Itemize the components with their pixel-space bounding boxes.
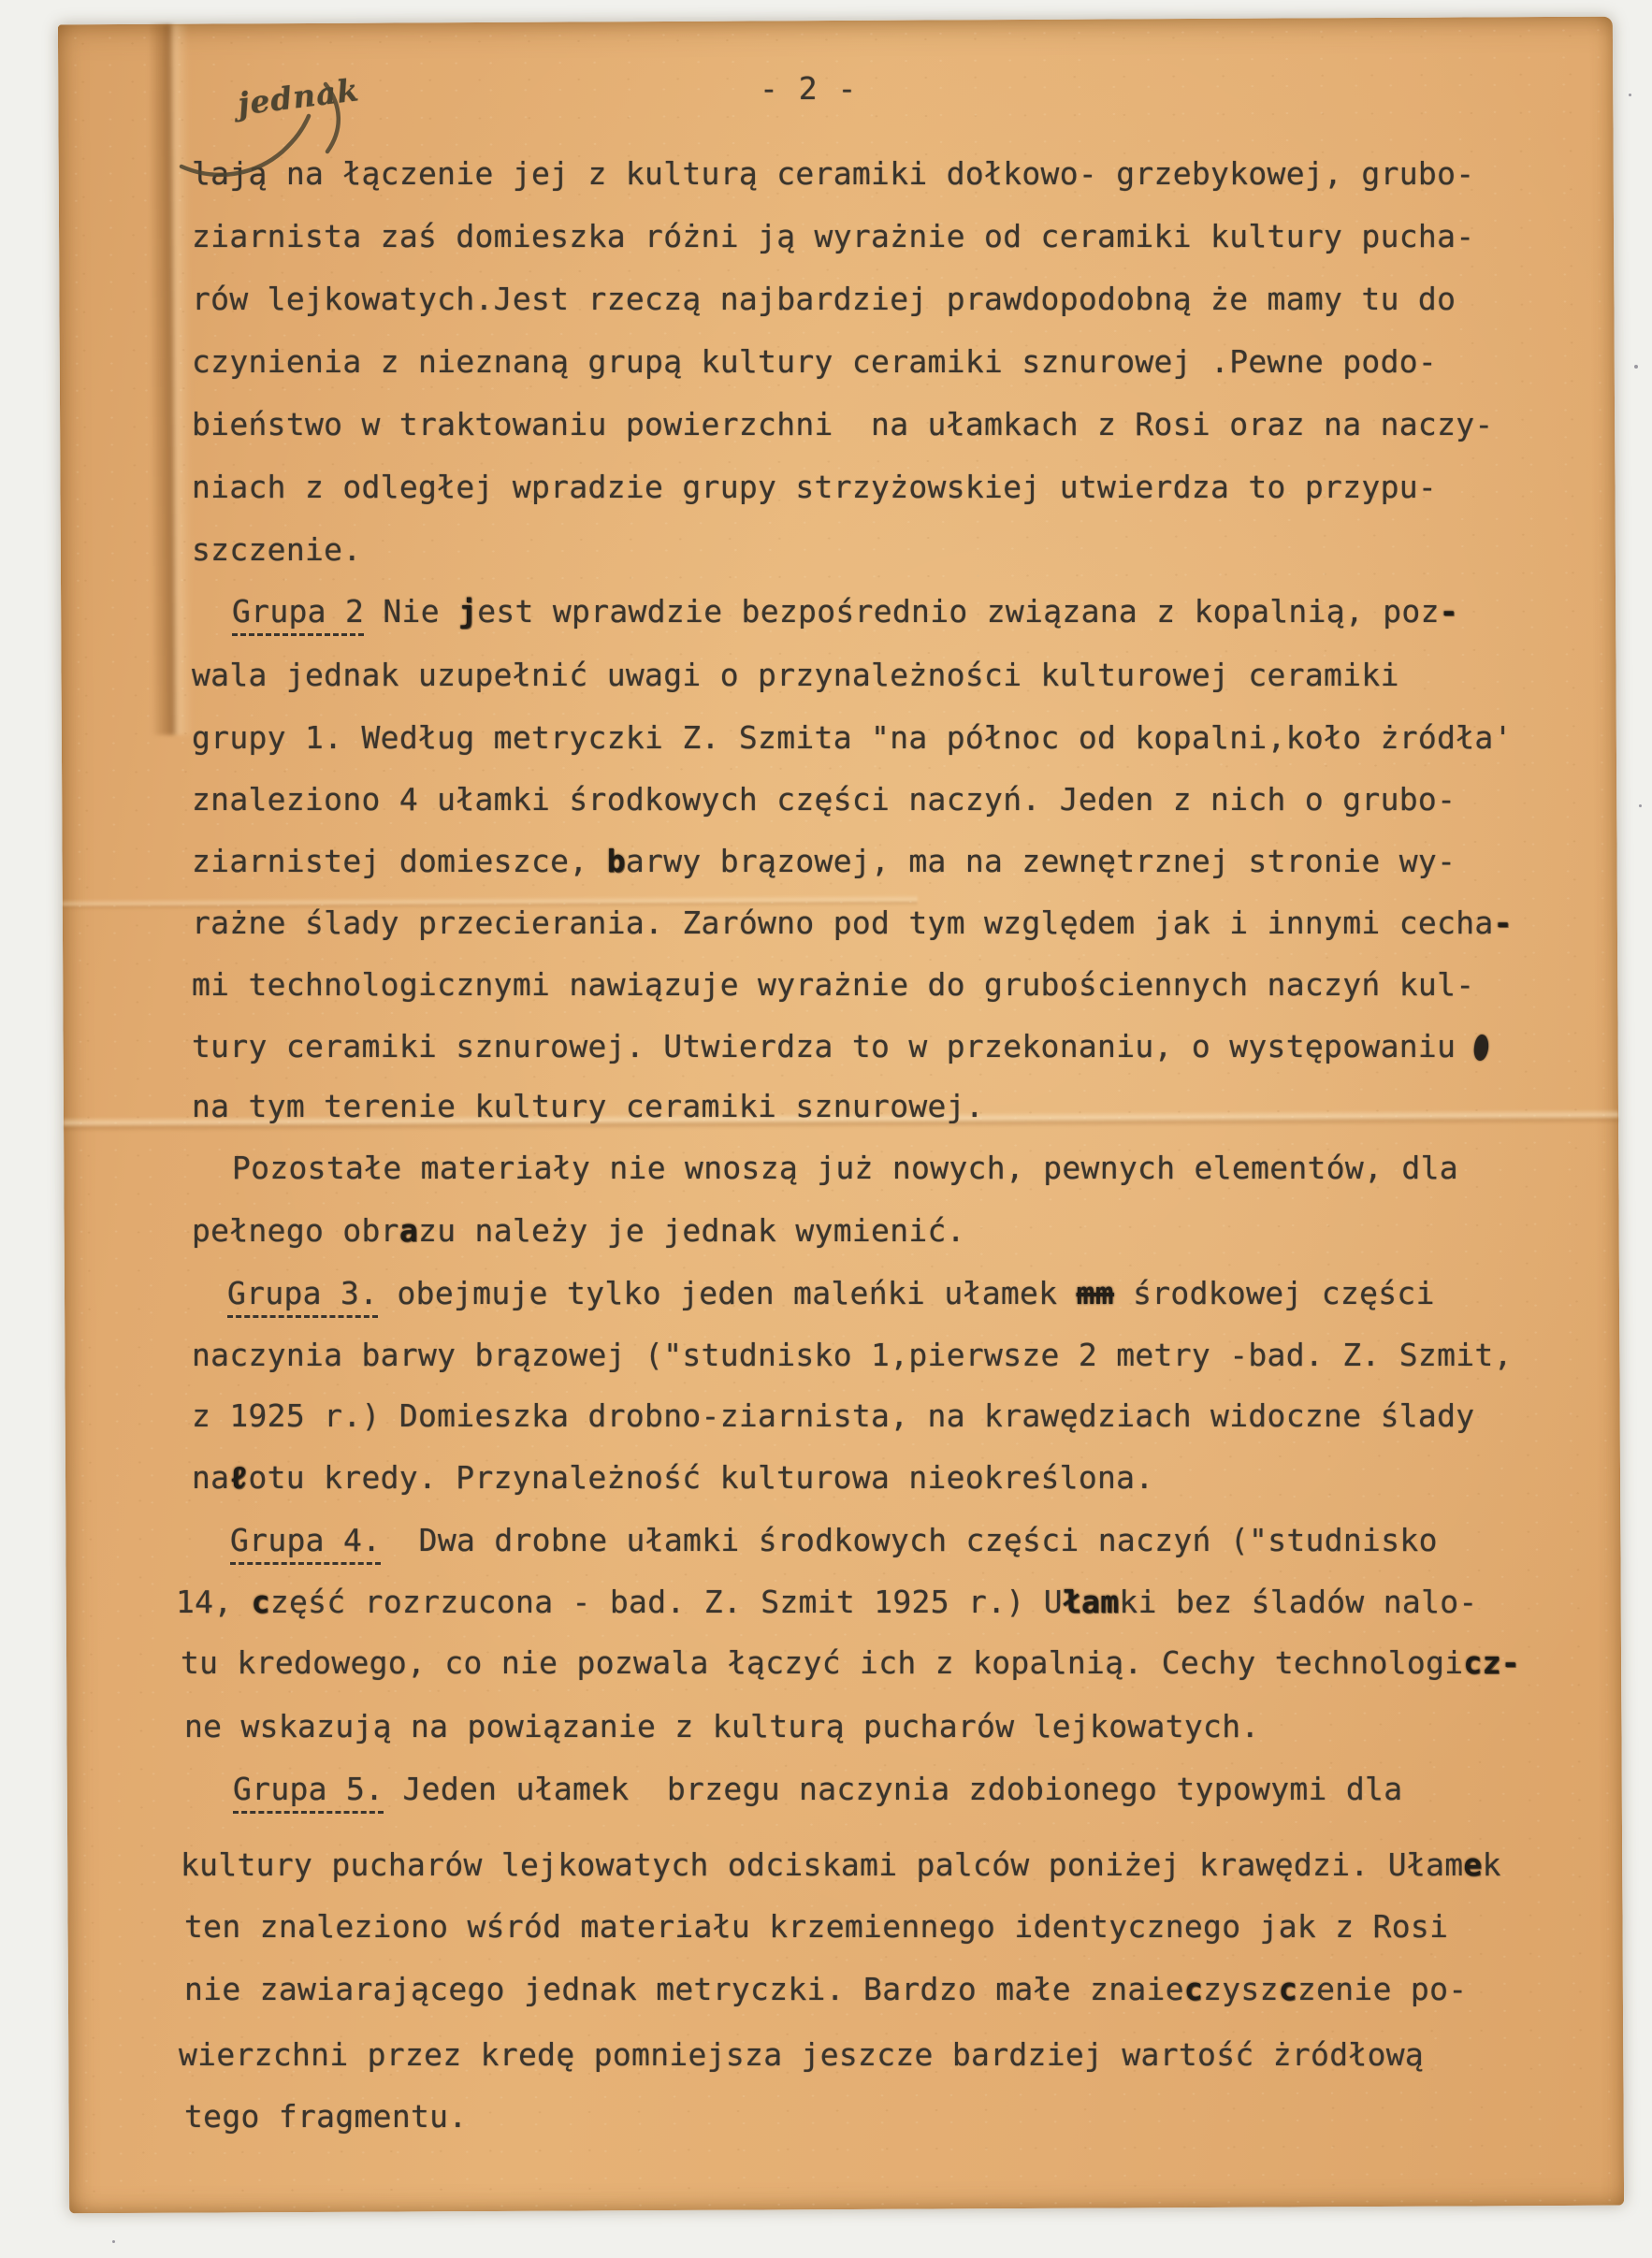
text-line: mi technologicznymi nawiązuje wyrażnie d… <box>192 969 1474 1000</box>
text-line: Pozostałe materiały nie wnoszą już nowyc… <box>232 1152 1458 1183</box>
text-segment: niach z odległej wpradzie grupy strzyżow… <box>192 469 1437 505</box>
text-segment: Dwa drobne ułamki środkowych części nacz… <box>381 1522 1437 1558</box>
text-segment: est wprawdzie bezpośrednio związana z ko… <box>477 593 1440 630</box>
scanner-background: - 2 - jednak lają na łączenie jej z kult… <box>0 0 1652 2258</box>
text-segment: c <box>1279 1971 1297 2007</box>
text-line: naℓotu kredy. Przynależność kulturowa ni… <box>192 1462 1154 1493</box>
text-line: rażne ślady przecierania. Zarówno pod ty… <box>192 907 1513 938</box>
text-segment: naczynia barwy brązowej ("studnisko 1,pi… <box>192 1337 1513 1373</box>
text-line: tury ceramiki sznurowej. Utwierdza to w … <box>192 1031 1488 1062</box>
text-line: na tym terenie kultury ceramiki sznurowe… <box>192 1091 984 1122</box>
text-segment: e <box>1463 1846 1482 1883</box>
ink-blot-icon <box>1473 1034 1491 1062</box>
text-line: kultury pucharów lejkowatych odciskami p… <box>181 1849 1501 1880</box>
text-segment: na <box>192 1459 229 1496</box>
text-segment: - <box>1440 593 1458 630</box>
text-segment: grupy 1. Według metryczki Z. Szmita "na … <box>192 719 1513 756</box>
text-line: wala jednak uzupełnić uwagi o przynależn… <box>192 659 1399 690</box>
text-segment: tury ceramiki sznurowej. Utwierdza to w … <box>192 1028 1474 1064</box>
text-segment: Jeden ułamek brzegu naczynia zdobionego … <box>384 1771 1402 1807</box>
text-segment: ℓ <box>229 1459 248 1496</box>
text-segment: j <box>458 593 477 630</box>
text-line: rów lejkowatych.Jest rzeczą najbardziej … <box>192 283 1456 314</box>
text-segment: tu kredowego, co nie pozwala łączyć ich … <box>181 1644 1463 1681</box>
text-segment: a <box>399 1212 418 1249</box>
text-segment: pełnego obr <box>192 1212 399 1249</box>
underlined-heading: Grupa 3. <box>227 1275 378 1318</box>
underlined-heading: Grupa 2 <box>232 593 364 636</box>
text-segment: k <box>1483 1846 1501 1883</box>
text-line: tu kredowego, co nie pozwala łączyć ich … <box>181 1647 1520 1678</box>
text-segment: arwy brązowej, ma na zewnętrznej stronie… <box>626 843 1456 879</box>
text-segment: rów lejkowatych.Jest rzeczą najbardziej … <box>192 281 1456 317</box>
text-segment: otu kredy. Przynależność kulturowa nieok… <box>248 1459 1153 1496</box>
text-segment: Nie <box>364 593 458 630</box>
underlined-heading: Grupa 4. <box>230 1522 381 1565</box>
text-segment: b <box>607 843 626 879</box>
text-line: 14, część rozrzucona - bad. Z. Szmit 192… <box>176 1586 1478 1617</box>
text-segment: bieństwo w traktowaniu powierzchni na uł… <box>192 406 1494 442</box>
text-segment: środkowej części <box>1114 1275 1435 1311</box>
text-line: z 1925 r.) Domieszka drobno-ziarnista, n… <box>192 1400 1474 1431</box>
text-segment: ziarnistej domieszce, <box>192 843 607 879</box>
text-segment: ten znaleziono wśród materiału krzemienn… <box>184 1908 1448 1945</box>
text-segment: kultury pucharów lejkowatych odciskami p… <box>181 1846 1463 1883</box>
text-segment: wala jednak uzupełnić uwagi o przynależn… <box>192 657 1399 693</box>
text-segment: cz- <box>1463 1644 1520 1681</box>
text-line: pełnego obrazu należy je jednak wymienić… <box>192 1215 965 1246</box>
text-line: tego fragmentu. <box>184 2101 468 2132</box>
text-segment: zysz <box>1203 1971 1279 2007</box>
text-segment: zu należy je jednak wymienić. <box>418 1212 965 1249</box>
text-line: Grupa 2 Nie jest wprawdzie bezpośrednio … <box>232 596 1458 627</box>
text-segment: łam <box>1063 1584 1120 1620</box>
text-segment: Pozostałe materiały nie wnoszą już nowyc… <box>232 1150 1458 1186</box>
text-segment: z 1925 r.) Domieszka drobno-ziarnista, n… <box>192 1397 1474 1434</box>
text-line: grupy 1. Według metryczki Z. Szmita "na … <box>192 722 1513 753</box>
text-segment: zenie po- <box>1297 1971 1468 2007</box>
text-segment: c <box>1184 1971 1203 2007</box>
text-line: Grupa 4. Dwa drobne ułamki środkowych cz… <box>230 1525 1438 1556</box>
text-segment: c <box>252 1584 270 1620</box>
text-segment: zęść rozrzucona - bad. Z. Szmit 1925 r.)… <box>270 1584 1063 1620</box>
text-segment: na tym terenie kultury ceramiki sznurowe… <box>192 1088 984 1124</box>
text-line: ten znaleziono wśród materiału krzemienn… <box>184 1911 1448 1942</box>
text-segment: nie zawiarającego jednak metryczki. Bard… <box>184 1971 1184 2007</box>
text-segment: obejmuje tylko jeden maleńki ułamek <box>378 1275 1076 1311</box>
text-segment: lają na łączenie jej z kulturą ceramiki … <box>192 155 1474 192</box>
underlined-heading: Grupa 5. <box>233 1771 384 1814</box>
text-line: szczenie. <box>192 534 362 565</box>
text-segment: wierzchni przez kredę pomniejsza jeszcze… <box>179 2036 1424 2073</box>
text-line: znaleziono 4 ułamki środkowych części na… <box>192 784 1456 815</box>
text-line: ziarnista zaś domieszka różni ją wyrażni… <box>192 221 1474 252</box>
text-line: Grupa 3. obejmuje tylko jeden maleńki uł… <box>227 1278 1435 1309</box>
text-segment: szczenie. <box>192 531 362 568</box>
text-line: nie zawiarającego jednak metryczki. Bard… <box>184 1974 1467 2005</box>
text-line: lają na łączenie jej z kulturą ceramiki … <box>192 158 1474 189</box>
text-segment: tego fragmentu. <box>184 2098 468 2135</box>
text-segment: - <box>1494 905 1513 941</box>
text-line: ziarnistej domieszce, barwy brązowej, ma… <box>192 846 1456 876</box>
text-segment: mm <box>1077 1275 1114 1311</box>
text-segment: ne wskazują na powiązanie z kulturą puch… <box>184 1708 1260 1744</box>
annotation-flourish <box>176 67 382 178</box>
text-line: ne wskazują na powiązanie z kulturą puch… <box>184 1711 1260 1742</box>
text-segment: rażne ślady przecierania. Zarówno pod ty… <box>192 905 1494 941</box>
text-line: Grupa 5. Jeden ułamek brzegu naczynia zd… <box>233 1773 1402 1804</box>
text-line: bieństwo w traktowaniu powierzchni na uł… <box>192 409 1494 440</box>
text-line: niach z odległej wpradzie grupy strzyżow… <box>192 471 1437 502</box>
typewritten-text: lają na łączenie jej z kulturą ceramiki … <box>0 0 1652 2258</box>
text-segment: mi technologicznymi nawiązuje wyrażnie d… <box>192 966 1474 1003</box>
text-segment: ziarnista zaś domieszka różni ją wyrażni… <box>192 218 1474 254</box>
text-line: naczynia barwy brązowej ("studnisko 1,pi… <box>192 1339 1513 1370</box>
text-line: czynienia z nieznaną grupą kultury ceram… <box>192 346 1437 377</box>
text-line: wierzchni przez kredę pomniejsza jeszcze… <box>179 2039 1424 2070</box>
text-segment: czynienia z nieznaną grupą kultury ceram… <box>192 343 1437 380</box>
text-segment: 14, <box>176 1584 252 1620</box>
text-segment: znaleziono 4 ułamki środkowych części na… <box>192 781 1456 818</box>
text-segment: ki bez śladów nalo- <box>1119 1584 1477 1620</box>
